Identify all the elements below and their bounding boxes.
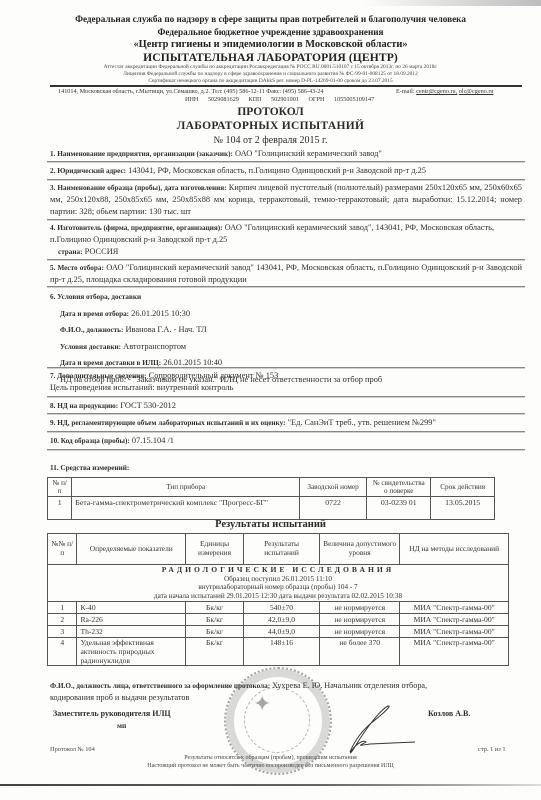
divider — [47, 396, 525, 397]
table-row: 1 К-40 Бк/кг 540±70 не нормируется МИА "… — [48, 602, 509, 614]
protocol-title: ПРОТОКОЛ — [0, 106, 541, 118]
deputy-name: Козлов А.В. — [428, 709, 470, 718]
accreditation-line: Аттестат аккредитации Федеральной службы… — [0, 64, 541, 70]
footer-note-2: Настоящий протокол не может быть частичн… — [0, 763, 541, 769]
section-sampling-place: 5. Место отбора: ОАО "Голицинский керами… — [50, 262, 522, 286]
protocol-reference: Протокол № 104 — [50, 746, 95, 753]
footer-note-1: Результаты относятся к образцам (пробам)… — [0, 755, 541, 761]
inn: ИНН 5029081629 — [185, 96, 239, 103]
divider — [47, 413, 525, 414]
divider — [47, 286, 525, 287]
divider — [47, 161, 525, 162]
kpp: КПП 502901001 — [248, 96, 298, 103]
divider — [47, 367, 525, 368]
license-line: Лицензия Федеральной службы по надзору в… — [0, 71, 541, 77]
protocol-subtitle: ЛАБОРАТОРНЫХ ИСПЫТАНИЙ — [0, 120, 541, 132]
section-customer: 1. Наименование предприятия, организации… — [50, 148, 522, 160]
responsible-person-position: кодирования проб и выдачи результатов — [50, 693, 189, 702]
registration-ids: ИНН 5029081629 КПП 502901001 ОГРН 105500… — [185, 96, 374, 103]
signature — [330, 700, 430, 760]
section-additional-info: 7. Дополнительные сведения: Сопроводител… — [50, 370, 522, 394]
col-header: № п/п — [48, 478, 72, 497]
email-link-1[interactable]: centr@cgeno.ru, — [416, 88, 457, 95]
section-measuring-instruments: 11. Средства измерений: — [50, 462, 522, 474]
section-testing-nd: 9. НД, регламентирующие объем лабораторн… — [50, 417, 522, 429]
protocol-number: № 104 от 2 февраля 2015 г. — [0, 135, 541, 146]
address-text: 141014, Московская область, г.Мытищи, ул… — [58, 88, 323, 95]
col-header: Заводской номер — [299, 478, 366, 497]
bottom-border — [0, 784, 541, 786]
ogrn: ОГРН 1055005109147 — [308, 96, 374, 103]
agency-name: Федеральная служба по надзору в сфере за… — [0, 14, 541, 24]
col-header: Срок действия — [431, 478, 495, 497]
results-table: №№ п/п Определяемые показатели Единицы и… — [47, 533, 509, 666]
protocol-document: Федеральная служба по надзору в сфере за… — [0, 0, 541, 800]
section-manufacturer: 4. Изготовитель (фирма, предприятие, орг… — [50, 222, 522, 258]
divider — [47, 449, 525, 450]
col-header: НД на методы исследований — [400, 534, 509, 565]
section-sample-code: 10. Код образца (пробы): 07.15.104 /1 — [50, 435, 522, 447]
email-link-2[interactable]: olc@cgeno.ru — [459, 88, 494, 95]
divider — [47, 431, 525, 432]
results-info-row: РАДИОЛОГИЧЕСКИЕ ИССЛЕДОВАНИЯ Образец пос… — [48, 565, 509, 602]
coat-of-arms-icon: ✦ — [253, 691, 271, 717]
col-header: Единицы измерения — [186, 534, 244, 565]
table-row: 3 Th-232 Бк/кг 44,0±9,0 не нормируется М… — [48, 626, 509, 638]
table-row: 2 Ra-226 Бк/кг 42,0±9,0 не нормируется М… — [48, 614, 509, 626]
results-title: Результаты испытаний — [0, 519, 541, 530]
deputy-title: Заместитель руководителя ИЛЦ — [53, 709, 171, 718]
divider — [47, 259, 525, 260]
certificate-line: Сертификат немецкого органа по аккредита… — [0, 78, 541, 84]
col-header: №№ п/п — [48, 534, 77, 565]
section-title: РАДИОЛОГИЧЕСКИЕ ИССЛЕДОВАНИЯ — [49, 566, 507, 575]
section-legal-address: 2. Юридический адрес: 143041, РФ, Москов… — [50, 165, 522, 177]
institution-name: Федеральное бюджетное учреждение здравоо… — [0, 27, 541, 37]
measuring-instruments-table: № п/п Тип прибора Заводской номер № свид… — [47, 477, 495, 520]
scan-edge — [361, 0, 541, 6]
responsible-person: Ф.И.О., должность лица, ответственного з… — [50, 681, 427, 690]
lab-name: ИСПЫТАТЕЛЬНАЯ ЛАБОРАТОРИЯ (ЦЕНТР) — [0, 51, 541, 64]
page-indicator: стр. 1 из 1 — [478, 746, 506, 753]
col-header: Определяемые показатели — [77, 534, 186, 565]
col-header: Тип прибора — [72, 478, 300, 497]
divider — [47, 219, 525, 220]
divider — [47, 179, 525, 180]
section-sample: 3. Наименование образца (пробы), дата из… — [50, 182, 522, 217]
email-block: E-mail: centr@cgeno.ru, olc@cgeno.ru — [396, 88, 493, 95]
stamp-place: мп — [117, 721, 126, 730]
section-product-nd: 8. НД на продукцию: ГОСТ 530-2012 — [50, 400, 522, 412]
lab-address: 141014, Московская область, г.Мытищи, ул… — [58, 88, 323, 95]
header-divider — [50, 85, 522, 87]
table-row: 4 Удельная эффективная активность природ… — [48, 638, 509, 666]
table-row: 1 Бета-гамма-спектрометрический комплекс… — [48, 497, 495, 520]
col-header: № свидетельства о поверке — [367, 478, 431, 497]
center-name: «Центр гигиены и эпидемиологии в Московс… — [0, 39, 541, 50]
col-header: Результаты испытаний — [243, 534, 319, 565]
email-label: E-mail: — [396, 88, 415, 95]
col-header: Величина допустимого уровня — [320, 534, 400, 565]
